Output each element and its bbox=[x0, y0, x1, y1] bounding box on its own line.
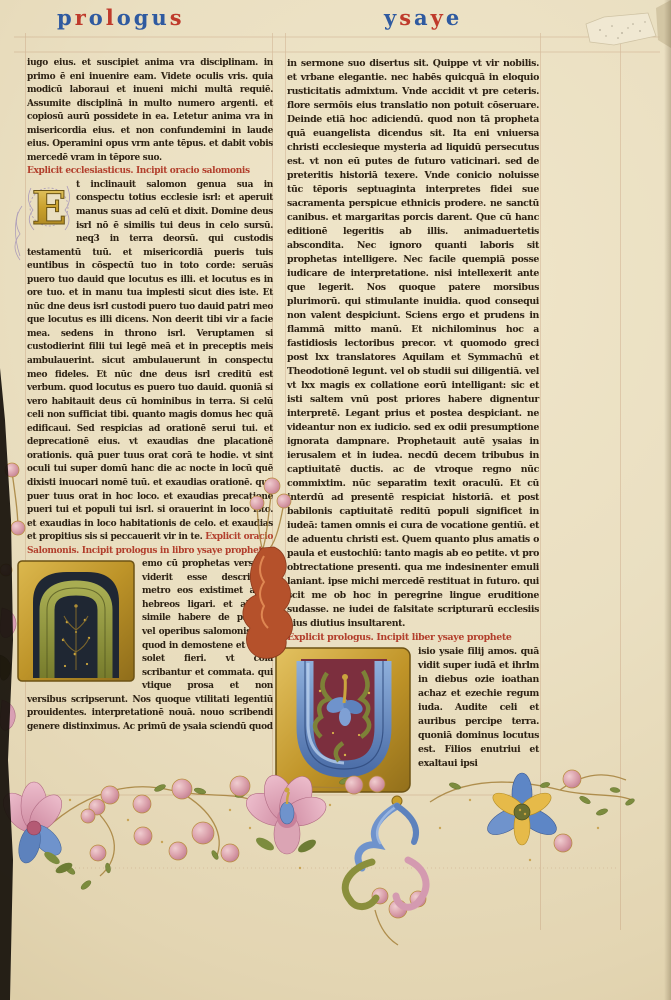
header-letter: g bbox=[134, 5, 152, 30]
isaiah-chapter-one: V bbox=[287, 645, 539, 771]
isaiah-prologue-start: N bbox=[27, 558, 273, 734]
initial-letter-e: E bbox=[32, 181, 67, 234]
isaiah-prologue-continuation: in sermone suo disertus sit. Quippe vt v… bbox=[287, 57, 539, 631]
header-letter: p bbox=[57, 5, 75, 30]
rubric-explicit-ecclesiasticus: Explicit ecclesiasticus. Incipit oracio … bbox=[27, 165, 273, 179]
margin-acanthus-curls bbox=[0, 608, 16, 730]
header-letter: s bbox=[170, 5, 185, 30]
oratio-text: t inclinauit salomon genua sua in conspe… bbox=[27, 180, 273, 542]
page-edge-right bbox=[664, 0, 671, 1000]
header-letter: y bbox=[384, 5, 399, 30]
text-column-right: in sermone suo disertus sit. Quippe vt v… bbox=[287, 57, 539, 797]
isaiah-text: isio ysaie filij amos. quā vidit super i… bbox=[418, 646, 539, 769]
penwork-margin-flourish bbox=[15, 206, 22, 260]
header-letter: y bbox=[431, 5, 446, 30]
header-letter: e bbox=[446, 5, 462, 30]
header-letter: o bbox=[89, 5, 106, 30]
illuminated-initial-v: V bbox=[275, 647, 411, 793]
oratio-salomonis: E t inclinauit salomon genua sua in cons… bbox=[27, 179, 273, 558]
running-header-prologus: prologus bbox=[57, 5, 185, 30]
acanthus-pendant bbox=[345, 796, 426, 907]
illuminated-initial-e: E bbox=[27, 180, 71, 234]
text-column-left: iugo eius. et suscipiet anima vra discip… bbox=[27, 57, 273, 799]
header-letter: r bbox=[75, 5, 89, 30]
header-letter: u bbox=[151, 5, 169, 30]
page-edge-left bbox=[0, 368, 13, 1000]
header-letter: o bbox=[117, 5, 134, 30]
illuminated-initial-n: N bbox=[17, 560, 135, 682]
ecclesiasticus-ending: iugo eius. et suscipiet anima vra discip… bbox=[27, 57, 273, 165]
parchment-patch bbox=[586, 0, 671, 48]
header-letter: s bbox=[399, 5, 414, 30]
manuscript-page: prologus ysaye iugo eius. et suscipiet a… bbox=[0, 0, 671, 1000]
rubric-incipit-isaiah: Explicit prologus. Incipit liber ysaye p… bbox=[287, 631, 539, 645]
header-letter: a bbox=[414, 5, 431, 30]
running-header-ysaye: ysaye bbox=[384, 5, 462, 30]
header-letter: l bbox=[106, 5, 117, 30]
gold-sparkles bbox=[69, 799, 599, 869]
